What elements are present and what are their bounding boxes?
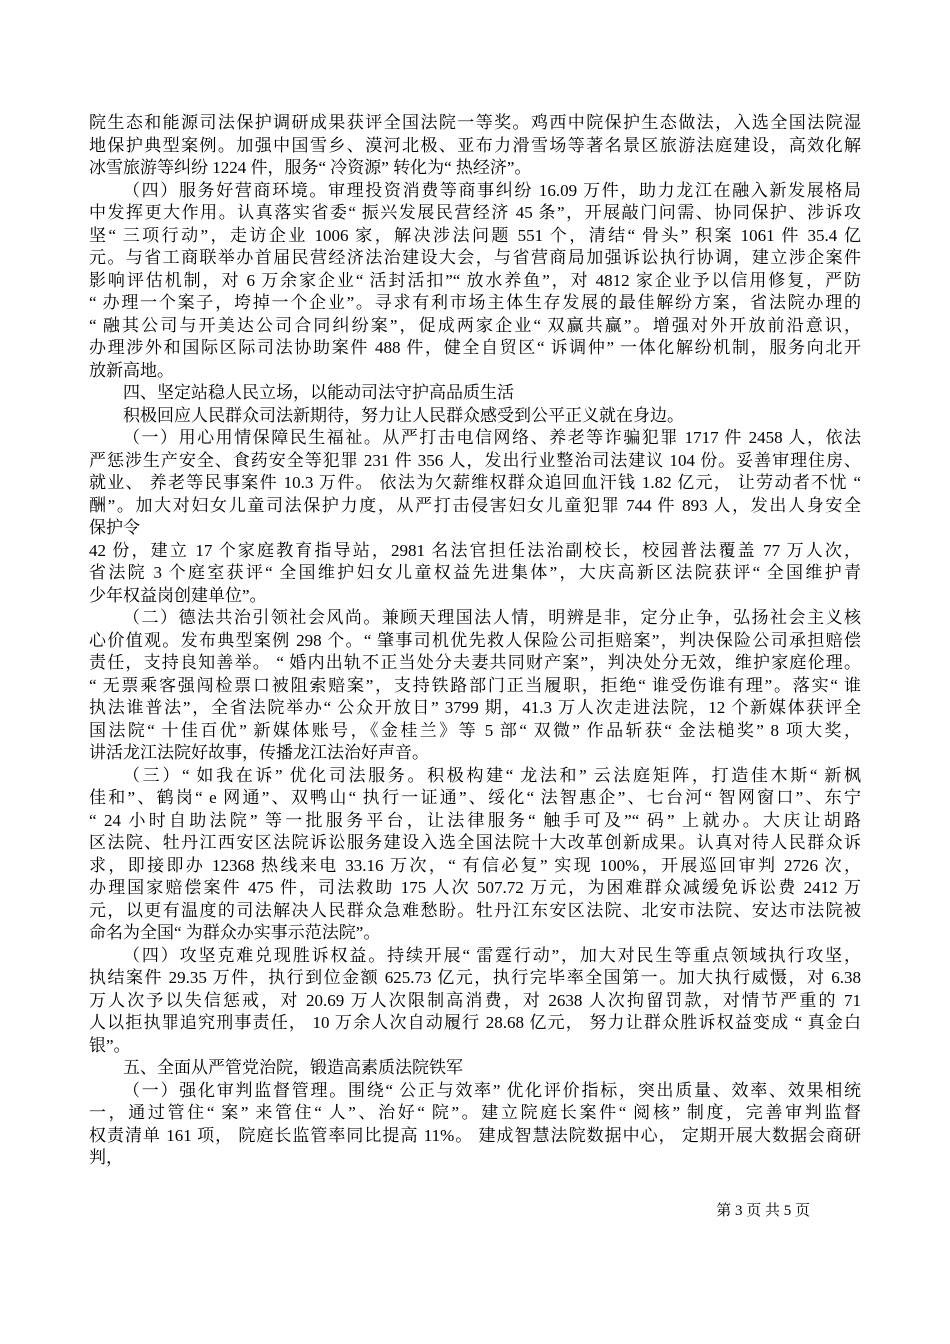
text-line: 求，即接即办 12368 热线来电 33.16 万次，“ 有信必复” 实现 10… <box>89 855 861 878</box>
text-line: （二）德法共治引领社会风尚。兼顾天理国法人情，明辨是非，定分止争，弘扬社会主义核 <box>89 607 861 630</box>
text-line: 执法谁普法”，全省法院举办“ 公众开放日” 3799 期，41.3 万人次走进法… <box>89 697 861 720</box>
text-line: 办理涉外和国际区际司法协助案件 488 件，健全自贸区“ 诉调仲” 一体化解纷机… <box>89 337 861 360</box>
text-line: 保护令 <box>89 517 861 540</box>
text-line: 严惩涉生产安全、食药安全等犯罪 231 件 356 人，发出行业整治司法建议 1… <box>89 450 861 473</box>
text-line: 元。与省工商联举办首届民营经济法治建设大会，与省营商局加强诉讼执行协调，建立涉企… <box>89 247 861 270</box>
paragraph: 院生态和能源司法保护调研成果获评全国法院一等奖。鸡西中院保护生态做法，入选全国法… <box>89 112 861 180</box>
paragraph: （二）德法共治引领社会风尚。兼顾天理国法人情，明辨是非，定分止争，弘扬社会主义核… <box>89 607 861 765</box>
text-line: 坚“ 三项行动”，走访企业 1006 家，解决涉法问题 551 个，清结“ 骨头… <box>89 225 861 248</box>
text-line: 国法院“ 十佳百优” 新媒体账号，《金桂兰》等 5 部“ 双微” 作品斩获“ 金… <box>89 720 861 743</box>
text-line: 办理国家赔偿案件 475 件，司法救助 175 人次 507.72 万元，为困难… <box>89 877 861 900</box>
text-line: 万人次予以失信惩戒，对 20.69 万人次限制高消费，对 2638 人次拘留罚款… <box>89 990 861 1013</box>
text-line: 42 份，建立 17 个家庭教育指导站，2981 名法官担任法治副校长，校园普法… <box>89 540 861 563</box>
text-line: “ 无票乘客强闯检票口被阻索赔案”，支持铁路部门正当履职，拒绝“ 谁受伤谁有理”… <box>89 675 861 698</box>
paragraph: （一）强化审判监督管理。围绕“ 公正与效率” 优化评价指标，突出质量、效率、效果… <box>89 1080 861 1170</box>
text-line: 放新高地。 <box>89 360 861 383</box>
text-line: 元，以更有温度的司法解决人民群众急难愁盼。牡丹江东安区法院、北安市法院、安达市法… <box>89 900 861 923</box>
text-line: “ 24 小时自助法院” 等一批服务平台，让法律服务“ 触手可及”“ 码” 上就… <box>89 810 861 833</box>
text-line: 命名为全国“ 为群众办实事示范法院”。 <box>89 922 861 945</box>
text-line: 银”。 <box>89 1035 861 1058</box>
text-line: 酬”。加大对妇女儿童司法保护力度，从严打击侵害妇女儿童犯罪 744 件 893 … <box>89 495 861 518</box>
paragraph: （四）服务好营商环境。审理投资消费等商事纠纷 16.09 万件，助力龙江在融入新… <box>89 180 861 383</box>
text-line: 区法院、牡丹江西安区法院诉讼服务建设入选全国法院十大改革创新成果。认真对待人民群… <box>89 832 861 855</box>
text-line: 五、全面从严管党治院，锻造高素质法院铁军 <box>89 1057 861 1080</box>
text-line: 地保护典型案例。加强中国雪乡、漠河北极、亚布力滑雪场等著名景区旅游法庭建设，高效… <box>89 135 861 158</box>
text-line: 省法院 3 个庭室获评“ 全国维护妇女儿童权益先进集体”，大庆高新区法院获评“ … <box>89 562 861 585</box>
paragraph: 积极回应人民群众司法新期待，努力让人民群众感受到公平正义就在身边。 <box>89 405 861 428</box>
text-line: 责任，支持良知善举。 “ 婚内出轨不正当处分夫妻共同财产案”，判决处分无效，维护… <box>89 652 861 675</box>
section-heading: 五、全面从严管党治院，锻造高素质法院铁军 <box>89 1057 861 1080</box>
text-line: （一）强化审判监督管理。围绕“ 公正与效率” 优化评价指标，突出质量、效率、效果… <box>89 1080 861 1103</box>
text-line: 院生态和能源司法保护调研成果获评全国法院一等奖。鸡西中院保护生态做法，入选全国法… <box>89 112 861 135</box>
text-line: “ 办理一个案子，垮掉一个企业”。寻求有利市场主体生存发展的最佳解纷方案，省法院… <box>89 292 861 315</box>
text-line: “ 融其公司与开美达公司合同纠纷案”，促成两家企业“ 双赢共赢”。增强对外开放前… <box>89 315 861 338</box>
document-body: 院生态和能源司法保护调研成果获评全国法院一等奖。鸡西中院保护生态做法，入选全国法… <box>89 112 861 1170</box>
text-line: 四、坚定站稳人民立场，以能动司法守护高品质生活 <box>89 382 861 405</box>
text-line: （四）服务好营商环境。审理投资消费等商事纠纷 16.09 万件，助力龙江在融入新… <box>89 180 861 203</box>
paragraph: （四）攻坚克难兑现胜诉权益。持续开展“ 雷霆行动”，加大对民生等重点领域执行攻坚… <box>89 945 861 1058</box>
text-line: （一）用心用情保障民生福祉。从严打击电信网络、养老等诈骗犯罪 1717 件 24… <box>89 427 861 450</box>
text-line: 人以拒执罪追究刑事责任， 10 万余人次自动履行 28.68 亿元， 努力让群众… <box>89 1012 861 1035</box>
text-line: （三）“ 如我在诉” 优化司法服务。积极构建“ 龙法和” 云法庭矩阵，打造佳木斯… <box>89 765 861 788</box>
text-line: 讲活龙江法院好故事，传播龙江法治好声音。 <box>89 742 861 765</box>
text-line: 冰雪旅游等纠纷 1224 件，服务“ 冷资源” 转化为“ 热经济”。 <box>89 157 861 180</box>
paragraph: （三）“ 如我在诉” 优化司法服务。积极构建“ 龙法和” 云法庭矩阵，打造佳木斯… <box>89 765 861 945</box>
text-line: （四）攻坚克难兑现胜诉权益。持续开展“ 雷霆行动”，加大对民生等重点领域执行攻坚… <box>89 945 861 968</box>
section-heading: 四、坚定站稳人民立场，以能动司法守护高品质生活 <box>89 382 861 405</box>
text-line: 佳和”、鹤岗“ e 网通”、双鸭山“ 执行一证通”、绥化“ 法智惠企”、七台河“… <box>89 787 861 810</box>
text-line: 权责清单 161 项， 院庭长监管率同比提高 11%。 建成智慧法院数据中心， … <box>89 1125 861 1148</box>
page-number-footer: 第 3 页 共 5 页 <box>716 1201 810 1221</box>
paragraph: （一）用心用情保障民生福祉。从严打击电信网络、养老等诈骗犯罪 1717 件 24… <box>89 427 861 607</box>
text-line: 中发挥更大作用。认真落实省委“ 振兴发展民营经济 45 条”，开展敲门问需、协同… <box>89 202 861 225</box>
text-line: 影响评估机制，对 6 万余家企业“ 活封活扣”“ 放水养鱼”，对 4812 家企… <box>89 270 861 293</box>
text-line: 判， <box>89 1147 861 1170</box>
text-line: 执结案件 29.35 万件，执行到位金额 625.73 亿元，执行完毕率全国第一… <box>89 967 861 990</box>
text-line: 积极回应人民群众司法新期待，努力让人民群众感受到公平正义就在身边。 <box>89 405 861 428</box>
text-line: 少年权益岗创建单位”。 <box>89 585 861 608</box>
text-line: 就业、 养老等民事案件 10.3 万件。 依法为欠薪维权群众追回血汗钱 1.82… <box>89 472 861 495</box>
text-line: 心价值观。发布典型案例 298 个。“ 肇事司机优先救人保险公司拒赔案”，判决保… <box>89 630 861 653</box>
text-line: 一，通过管住“ 案” 来管住“ 人”、治好“ 院”。建立院庭长案件“ 阅核” 制… <box>89 1102 861 1125</box>
